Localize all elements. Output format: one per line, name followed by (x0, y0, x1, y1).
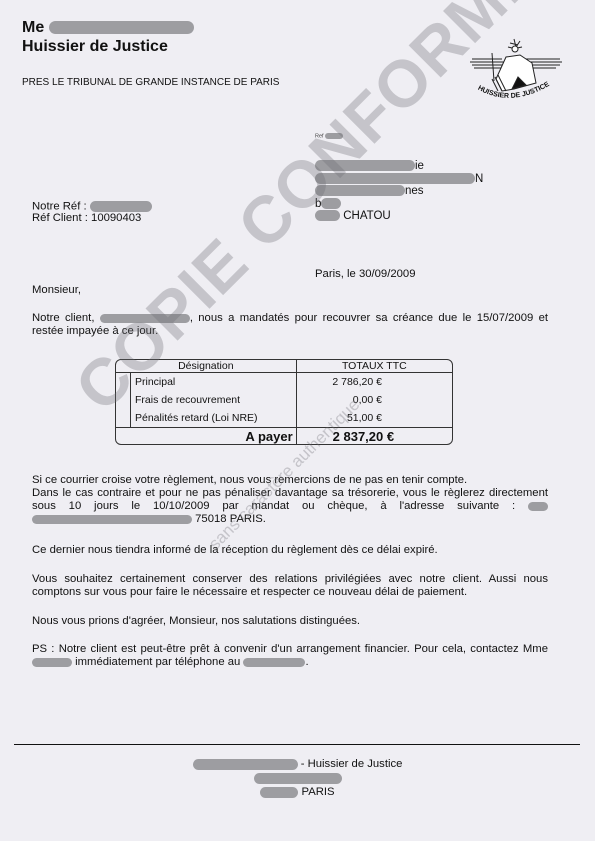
paragraph-3: Ce dernier nous tiendra informé de la ré… (32, 544, 548, 557)
intro-paragraph: Notre client, , nous a mandatés pour rec… (32, 312, 548, 338)
references: Notre Réf : Réf Client : 10090403 (32, 201, 152, 224)
paragraph-5: Nous vous prions d'agréer, Monsieur, nos… (32, 615, 548, 628)
sender-name: Me (22, 19, 194, 37)
totals-table: Désignation TOTAUX TTC Principal 2 786,2… (115, 359, 453, 445)
recipient-address: ie N nes b CHATOU (315, 160, 483, 223)
table-row: Pénalités retard (Loi NRE) 51,00 € (116, 409, 452, 427)
recipient-ref: Ref (315, 133, 343, 139)
paragraph-4: Vous souhaitez certainement conserver de… (32, 573, 548, 599)
footer-line-2 (0, 772, 595, 784)
table-row: Principal 2 786,20 € (116, 373, 452, 391)
postscript: PS : Notre client est peut-être prêt à c… (32, 643, 548, 669)
paragraph-1: Si ce courrier croise votre règlement, n… (32, 474, 548, 487)
header-designation: Désignation (116, 360, 297, 373)
footer-line-3: PARIS (0, 786, 595, 798)
table-row: Frais de recouvrement 0,00 € (116, 391, 452, 409)
footer-divider (14, 744, 580, 745)
total-row: A payer 2 837,20 € (116, 427, 452, 444)
letter-date: Paris, le 30/09/2009 (315, 268, 416, 280)
sender-title: Huissier de Justice (22, 38, 168, 56)
header-totaux: TOTAUX TTC (297, 360, 452, 373)
redacted-name (49, 21, 194, 34)
huissier-logo-icon: HUISSIER DE JUSTICE (462, 33, 572, 111)
court-line: PRES LE TRIBUNAL DE GRANDE INSTANCE DE P… (22, 77, 279, 88)
paragraph-2: Dans le cas contraire et pour ne pas pén… (32, 487, 548, 526)
salutation: Monsieur, (32, 284, 81, 296)
footer-line-1: - Huissier de Justice (0, 758, 595, 770)
